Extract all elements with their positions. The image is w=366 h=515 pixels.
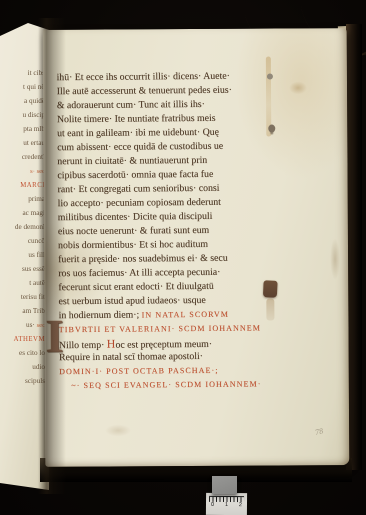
ruler-number: 2 [239,502,242,509]
facing-segment: am Trib [22,307,45,315]
manuscript-segment: ut eant in galileam· ibi me uidebunt· Qu… [57,127,219,139]
initial-letter-i: I [45,312,61,364]
manuscript-segment: cum abissent· ecce quidā de custodibus u… [57,141,223,153]
text-block: ihū· Et ecce ihs occurrit illis· dicens·… [56,69,305,393]
facing-line: terisu fit [1,290,45,304]
facing-segment: scipuls [25,377,45,385]
manuscript-segment: eius nocte uenerunt· & furati sunt eum [58,225,209,237]
manuscript-segment: militibus dicentes· Dicite quia discipul… [58,211,213,223]
facing-line: prima [1,192,45,206]
facing-line: de demonī [1,220,45,234]
manuscript-segment: Nillo temp· [59,340,107,351]
facing-segment: credentī [22,153,45,161]
facing-segment: sus essē [22,265,45,273]
facing-segment: a quidē [24,97,45,105]
manuscript-segment: rant· Et congregati cum senioribus· cons… [57,183,219,195]
facing-segment: de demonī [15,223,45,231]
facing-line: a quidē [1,94,45,108]
facing-line: es cito lo [1,346,45,360]
facing-segment: u discip [22,111,45,119]
manuscript-segment: fecerunt sicut erant edocti· Et diuulgat… [58,281,213,293]
facing-segment: ATHEVM [14,336,45,343]
facing-segment: cuncō [28,237,45,245]
facing-segment: ut ertau [23,139,45,147]
facing-line: sus essē [1,262,45,276]
facing-segment: pta mlb [23,125,45,133]
manuscript-segment: IN NATAL SCORVM [142,310,229,320]
ruler-number: 0 [211,502,214,509]
manuscript-segment: & adorauerunt cum· Tunc ait illis ihs· [57,99,205,111]
scale-ruler-card: 0 1 2 [206,493,247,515]
manuscript-segment: TIBVRTII ET VALERIANI· SCDM IOHANNEM [59,323,261,334]
manuscript-page: ihū· Et ecce ihs occurrit illis· dicens·… [43,28,350,467]
manuscript-segment: lio accepto· pecuniam copiosam dederunt [58,197,221,209]
margin-initial-ghost [266,299,274,321]
manuscript-segment: fuerit a pręside· nos suadebimus ei· & s… [58,253,228,265]
gray-calibration-patch [212,476,237,494]
facing-line: cuncō [1,234,45,248]
facing-line: s· sec [1,164,45,178]
manuscript-segment: DOMIN·I· POST OCTAB PASCHAE·; [59,366,219,376]
margin-initial-offset-mark [263,280,278,298]
facing-segment: es cito lo [19,349,45,357]
facing-line: credentī [1,150,45,164]
manuscript-line: ~· SEQ SCI EVANGEL· SCDM IOHANNEM· [59,377,305,393]
manuscript-segment: Ille autē accesserunt & tenuerunt pedes … [57,85,232,98]
manuscript-segment: est uerbum istud apud iudaeos· usque [58,295,205,307]
facing-segment: udio [32,363,45,371]
facing-line: us fill [1,248,45,262]
manuscript-segment: ihū· Et ecce ihs occurrit illis· dicens·… [57,71,230,84]
parchment-stain [330,238,340,280]
facing-line: ac magi [1,206,45,220]
facing-line: pta mlb [1,122,45,136]
facing-segment: t autē [29,279,45,287]
facing-line: am Trib [1,304,45,318]
facing-segment: t qui nō [23,83,45,91]
folio-number: 78 [314,426,324,437]
ruler-number: 1 [225,502,228,509]
manuscript-segment: ~· SEQ SCI EVANGEL· SCDM IOHANNEM· [71,379,261,390]
manuscript-segment: in hodiernum diem·; [59,309,142,321]
facing-line: MARCI [1,178,45,192]
facing-line: ut ertau [1,136,45,150]
ruler-numbers: 0 1 2 [206,502,247,509]
facing-line: t autē [1,276,45,290]
manuscript-segment: H [107,337,116,351]
facing-line: scipuls [1,374,45,388]
facing-segment: prima [28,195,45,203]
facing-segment: MARCI [20,182,45,189]
facing-segment: ac magi [22,209,45,217]
parchment-stain [105,424,131,436]
facing-line: t qui nō [1,80,45,94]
manuscript-segment: cipibus sacerdotū· omnia quae facta fue [57,169,213,181]
facing-line: udio [1,360,45,374]
manuscript-segment: Require in natal scī thomae apostoli· [59,351,203,363]
facing-segment: terisu fit [21,293,45,301]
facing-line: u discip [1,108,45,122]
facing-segment: us· [26,321,37,329]
manuscript-segment: ros uos faciemus· At illi accepta pecuni… [58,267,220,279]
facing-text-column: it cibst qui nōa quidēu discippta mlbut … [1,66,45,388]
facing-line: us· sec [1,318,45,332]
manuscript-segment: oc est pręceptum meum· [115,339,212,351]
facing-segment: us fill [28,251,45,259]
facing-line: ATHEVM [1,332,45,346]
manuscript-segment: Nolite timere· Ite nuntiate fratribus me… [57,113,216,125]
facing-line: it cibs [1,66,45,80]
manuscript-segment: nobis dormientibus· Et si hoc auditum [58,239,208,251]
manuscript-photo: it cibst qui nōa quidēu discippta mlbut … [0,0,366,515]
manuscript-segment: nerunt in ciuitatē· & nuntiauerunt prin [57,155,207,167]
